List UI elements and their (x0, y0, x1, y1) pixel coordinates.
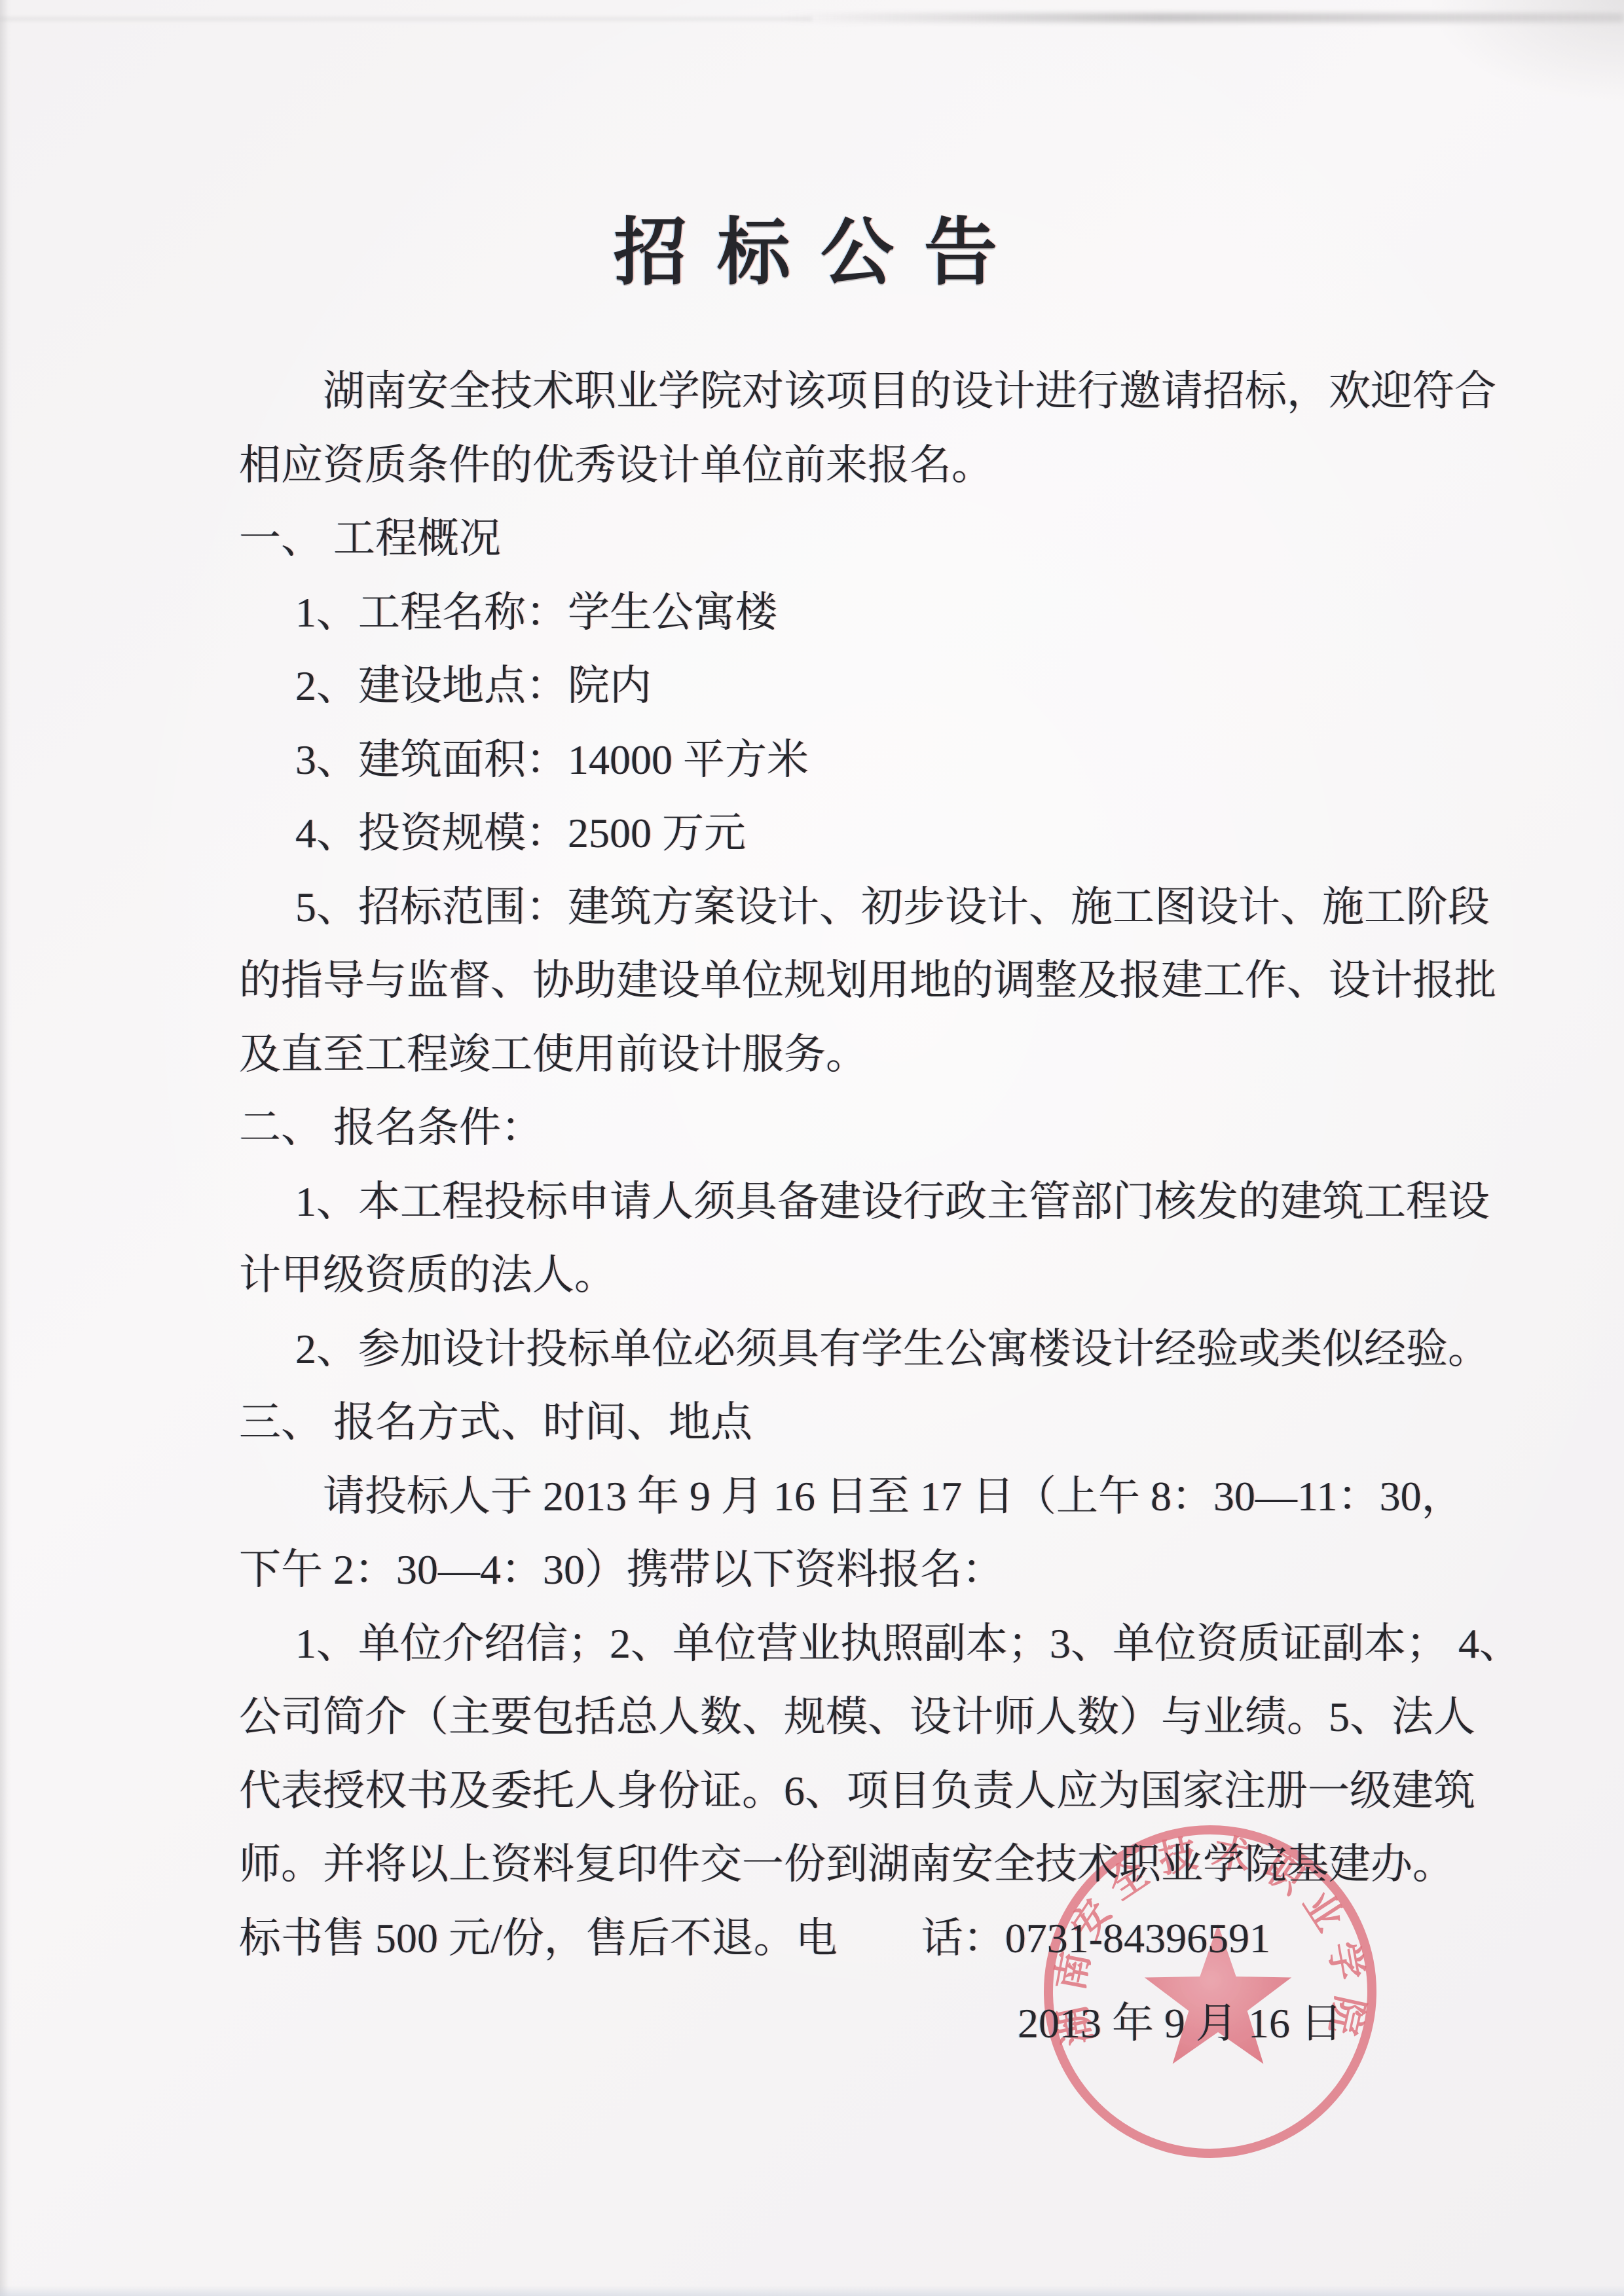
scan-edge-bottom (0, 2286, 1624, 2296)
doc-line: 公司简介（主要包括总人数、规模、设计师人数）与业绩。5、法人 (239, 1681, 1372, 1755)
doc-line: 请投标人于 2013 年 9 月 16 日至 17 日（上午 8：30—11：3… (239, 1460, 1372, 1534)
doc-line: 相应资质条件的优秀设计单位前来报名。 (239, 429, 1372, 503)
document-body: 湖南安全技术职业学院对该项目的设计进行邀请招标，欢迎符合 相应资质条件的优秀设计… (239, 355, 1372, 2061)
scanned-page: 招标公告 湖南安全技术职业学院 湖南安全技术职业学院对该项目的设计进行邀请招标，… (0, 0, 1624, 2296)
scan-edge-top-faint (0, 17, 812, 21)
doc-line: 计甲级资质的法人。 (239, 1239, 1372, 1313)
doc-line: 4、投资规模：2500 万元 (239, 797, 1372, 871)
page-title: 招标公告 (239, 204, 1372, 302)
doc-line: 2、建设地点：院内 (239, 649, 1372, 723)
doc-line: 5、招标范围：建筑方案设计、初步设计、施工图设计、施工阶段 (239, 871, 1372, 945)
doc-line: 及直至工程竣工使用前设计服务。 (239, 1018, 1372, 1092)
section-heading-3: 三、 报名方式、时间、地点 (239, 1386, 1372, 1460)
section-heading-2: 二、 报名条件： (239, 1091, 1372, 1165)
doc-line: 代表授权书及委托人身份证。6、项目负责人应为国家注册一级建筑 (239, 1755, 1372, 1829)
doc-line: 师。并将以上资料复印件交一份到湖南安全技术职业学院基建办。 (239, 1828, 1372, 1902)
scan-edge-left (0, 0, 12, 2296)
scan-corner-shadow (1428, 0, 1624, 105)
section-heading-1: 一、 工程概况 (239, 502, 1372, 576)
doc-line: 3、建筑面积：14000 平方米 (239, 723, 1372, 797)
doc-line: 2、参加设计投标单位必须具有学生公寓楼设计经验或类似经验。 (239, 1313, 1372, 1387)
doc-line: 1、单位介绍信；2、单位营业执照副本；3、单位资质证副本； 4、 (239, 1607, 1372, 1681)
doc-line: 1、本工程投标申请人须具备建设行政主管部门核发的建筑工程设 (239, 1165, 1372, 1239)
doc-line: 1、工程名称：学生公寓楼 (239, 576, 1372, 650)
doc-line: 的指导与监督、协助建设单位规划用地的调整及报建工作、设计报批 (239, 944, 1372, 1018)
doc-line: 湖南安全技术职业学院对该项目的设计进行邀请招标，欢迎符合 (239, 355, 1372, 429)
doc-line: 下午 2：30—4：30）携带以下资料报名： (239, 1533, 1372, 1607)
signature-date: 2013 年 9 月 16 日 (239, 1987, 1372, 2061)
doc-line: 标书售 500 元/份，售后不退。电 话：0731-84396591 (239, 1902, 1372, 1976)
